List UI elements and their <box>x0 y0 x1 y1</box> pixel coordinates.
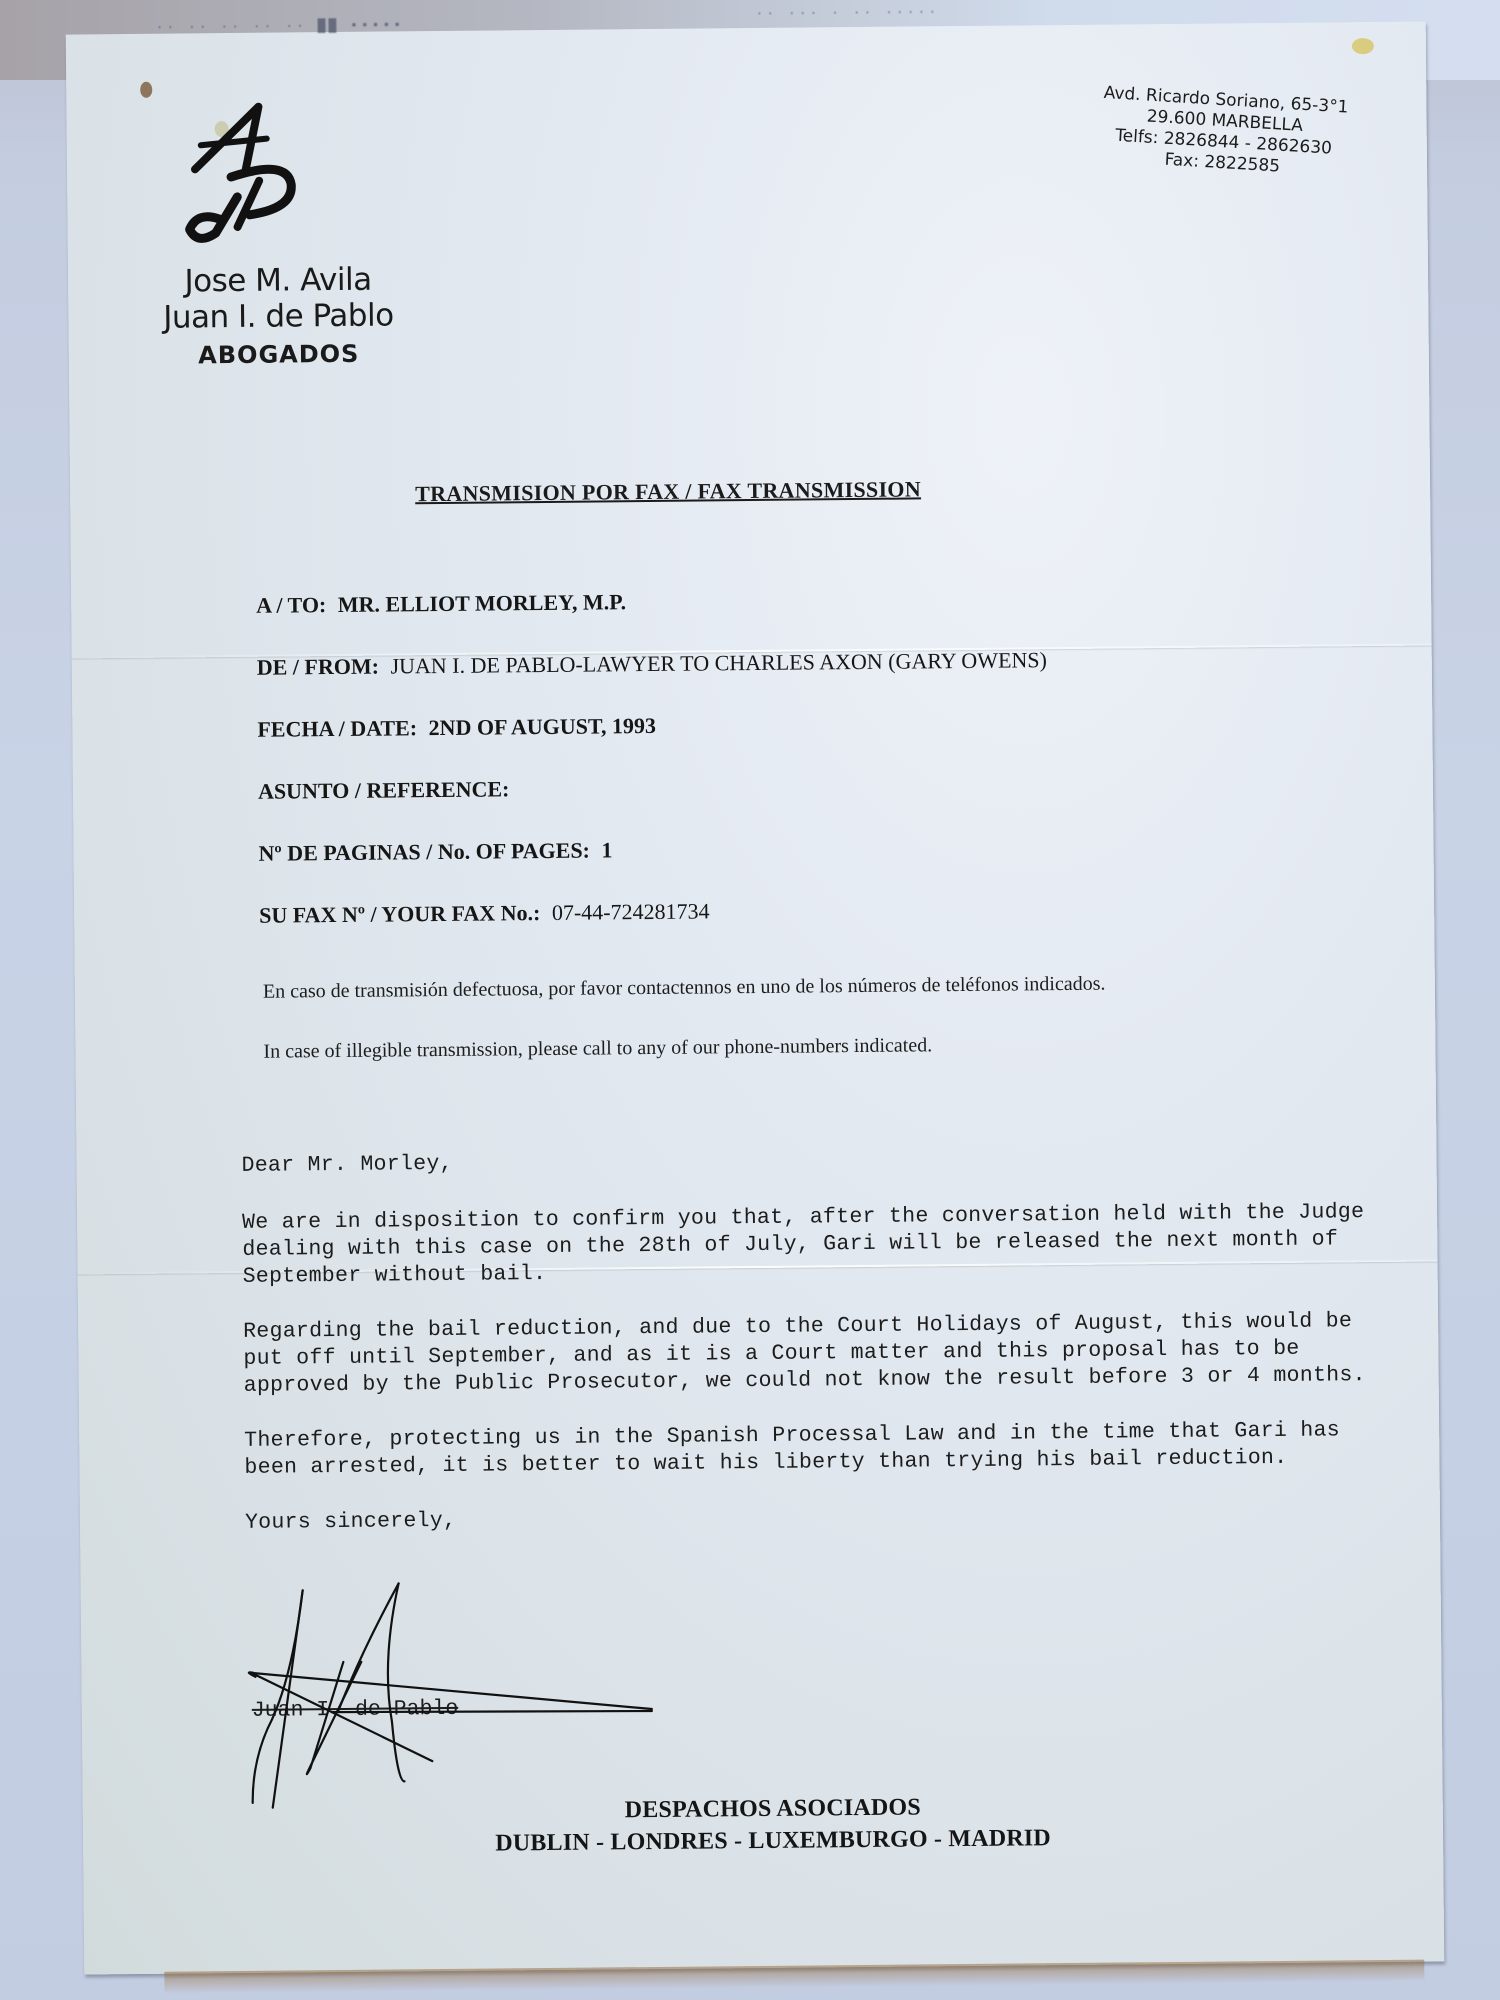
partner-name: Jose M. Avila <box>128 261 428 300</box>
field-pages: Nº DE PAGINAS / No. OF PAGES: 1 <box>258 833 1049 903</box>
paper-shadow <box>164 1960 1424 1994</box>
field-value: MR. ELLIOT MORLEY, M.P. <box>338 589 627 617</box>
notice-english: In case of illegible transmission, pleas… <box>263 1022 1403 1071</box>
field-your-fax: SU FAX Nº / YOUR FAX No.: 07-44-72428173… <box>259 895 1050 965</box>
document-title: TRANSMISION POR FAX / FAX TRANSMISSION <box>415 476 921 507</box>
field-label: SU FAX Nº / YOUR FAX No.: <box>259 900 540 928</box>
field-value: 07-44-724281734 <box>552 898 710 925</box>
field-label: FECHA / DATE: <box>257 715 417 742</box>
firm-monogram-logo <box>166 98 307 249</box>
letter-greeting: Dear Mr. Morley, <box>241 1142 1391 1180</box>
fax-header-marks: ·· ·· ·· ·· ·· ██ ▪▪▪▪▪ <box>156 17 405 34</box>
field-reference: ASUNTO / REFERENCE: <box>258 771 1049 841</box>
field-value: 1 <box>601 837 612 862</box>
profession-label: ABOGADOS <box>129 333 429 376</box>
field-from: DE / FROM: JUAN I. DE PABLO-LAWYER TO CH… <box>257 647 1048 717</box>
partner-name: Juan I. de Pablo <box>128 297 428 336</box>
firm-names: Jose M. Avila Juan I. de Pablo ABOGADOS <box>128 261 429 376</box>
firm-address: Avd. Ricardo Soriano, 65-3°1 29.600 MARB… <box>1062 81 1386 184</box>
stain-mark <box>1352 38 1374 54</box>
field-value: JUAN I. DE PABLO-LAWYER TO CHARLES AXON … <box>390 647 1047 678</box>
field-label: Nº DE PAGINAS / No. OF PAGES: <box>258 838 590 866</box>
field-value: 2ND OF AUGUST, 1993 <box>428 713 656 740</box>
letter-closing: Yours sincerely, <box>245 1499 1395 1537</box>
field-date: FECHA / DATE: 2ND OF AUGUST, 1993 <box>257 709 1048 779</box>
letter-paragraph: We are in disposition to confirm you tha… <box>242 1199 1393 1291</box>
fax-header-marks: ·· ··· · ·· ····· <box>755 4 939 21</box>
notice-spanish: En caso de transmisión defectuosa, por f… <box>263 962 1403 1011</box>
fax-cover-fields: A / TO: MR. ELLIOT MORLEY, M.P. DE / FRO… <box>256 585 1050 965</box>
transmission-notice: En caso de transmisión defectuosa, por f… <box>263 962 1404 1093</box>
fax-document: ·· ·· ·· ·· ·· ██ ▪▪▪▪▪ ·· ··· · ·· ····… <box>66 22 1445 1975</box>
letter-paragraph: Therefore, protecting us in the Spanish … <box>244 1417 1394 1482</box>
stain-mark <box>140 82 152 98</box>
associated-offices: DESPACHOS ASOCIADOS DUBLIN - LONDRES - L… <box>323 1789 1224 1862</box>
field-label: DE / FROM: <box>257 654 379 680</box>
letter-paragraph: Regarding the bail reduction, and due to… <box>243 1308 1394 1400</box>
field-label: ASUNTO / REFERENCE: <box>258 776 510 803</box>
letter-body: Dear Mr. Morley, We are in disposition t… <box>241 1142 1395 1565</box>
field-label: A / TO: <box>256 592 326 618</box>
field-to: A / TO: MR. ELLIOT MORLEY, M.P. <box>256 585 1047 655</box>
